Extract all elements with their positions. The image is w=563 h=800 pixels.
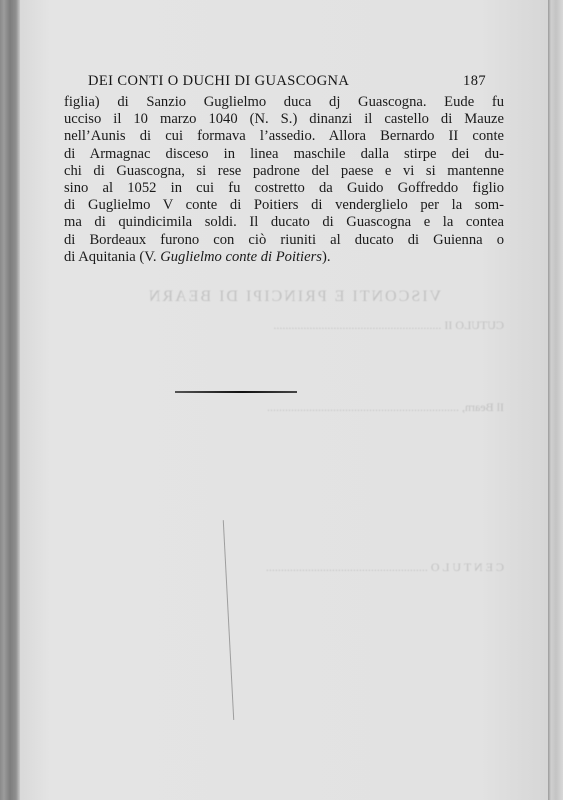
bleed-through-text: CUTULO II ..............................… [84, 318, 504, 333]
bleed-through-text: C E N T U L O ..........................… [84, 560, 504, 575]
text-line: nell’Aunis di cui formava l’assedio. All… [64, 128, 504, 145]
page-edge [548, 0, 563, 800]
text-line: sino al 1052 in cui fu costretto da Guid… [64, 180, 504, 197]
text-fragment: ). [322, 249, 331, 265]
running-header: DEI CONTI O DUCHI DI GUASCOGNA 187 [88, 73, 486, 90]
body-paragraph: figlia) di Sanzio Guglielmo duca dj Guas… [64, 94, 504, 266]
text-line: di Armagnac disceso in linea maschile da… [64, 146, 504, 163]
text-line: di Bordeaux furono con ciò riuniti al du… [64, 232, 504, 249]
bleed-through-text: Il Bearn, ..............................… [84, 400, 504, 415]
text-line: figlia) di Sanzio Guglielmo duca dj Guas… [64, 94, 504, 111]
page-number: 187 [463, 73, 486, 90]
book-spine-shadow [0, 0, 20, 800]
text-line: di Guglielmo V conte di Poitiers di vend… [64, 197, 504, 214]
running-head-title: DEI CONTI O DUCHI DI GUASCOGNA [88, 73, 349, 90]
text-line: ucciso il 10 marzo 1040 (N. S.) dinanzi … [64, 111, 504, 128]
section-divider-rule [175, 391, 297, 393]
text-line-last: di Aquitania (V. Guglielmo conte di Poit… [64, 249, 504, 266]
text-line: ma di quindicimila soldi. Il ducato di G… [64, 214, 504, 231]
text-fragment: di Aquitania (V. [64, 249, 160, 265]
bleed-through-title: VISCONTI E PRINCIPI DI BEARN [84, 288, 504, 306]
text-line: chi di Guascogna, si rese padrone del pa… [64, 163, 504, 180]
italic-reference: Guglielmo conte di Poitiers [160, 249, 322, 265]
